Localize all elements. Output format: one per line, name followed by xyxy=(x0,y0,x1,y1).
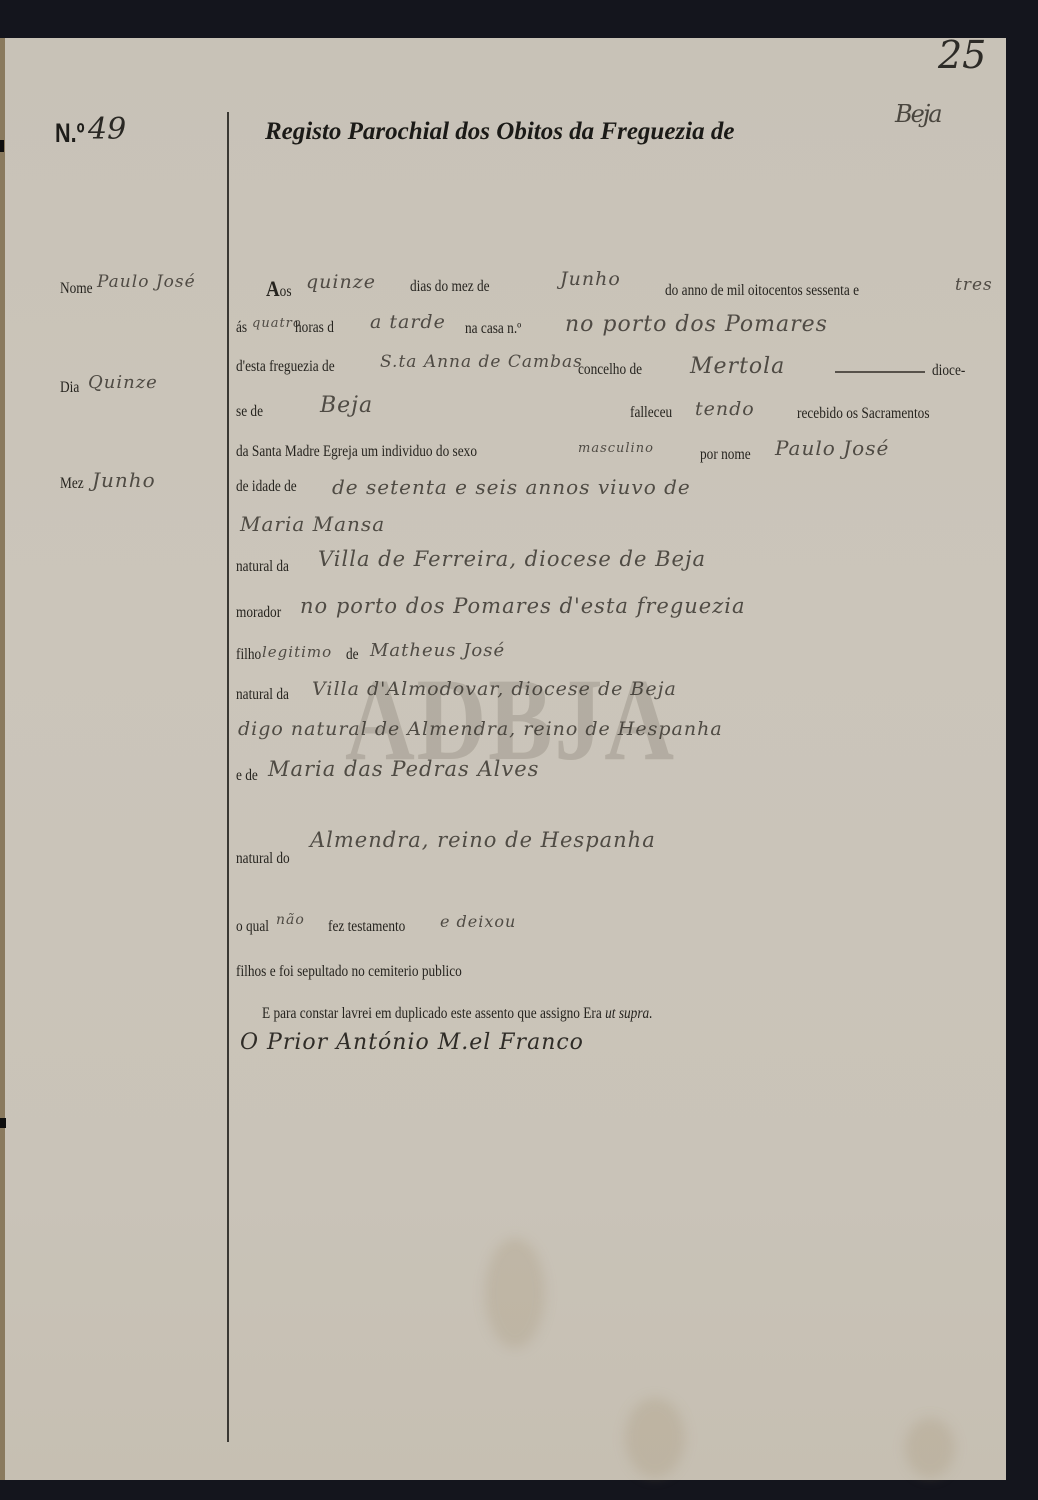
sepultado-text: filhos e foi sepultado no cemiterio publ… xyxy=(236,963,462,981)
e-de-label: e de xyxy=(236,767,258,785)
freguezia-label: d'esta freguezia de xyxy=(236,358,335,376)
parish-annotation: Beja xyxy=(895,100,941,128)
sex-value: masculino xyxy=(578,441,654,456)
natural-label: natural da xyxy=(236,686,289,704)
county-value: Mertola xyxy=(690,354,785,379)
margin-rule xyxy=(227,112,229,1442)
dioce-label: dioce- xyxy=(932,362,965,380)
se-de-label: se de xyxy=(236,403,263,421)
mez-value: Junho xyxy=(92,468,156,492)
idade-label: de idade de xyxy=(236,478,297,496)
horas-label: horas d xyxy=(295,319,334,337)
period-value: a tarde xyxy=(370,311,446,333)
closing-text: E para constar lavrei em duplicado este … xyxy=(262,1005,653,1023)
paper-stain xyxy=(625,1398,685,1478)
binding-mark xyxy=(0,140,4,152)
binding-mark xyxy=(0,1118,6,1128)
father-origin-value: Villa d'Almodovar, diocese de Beja xyxy=(312,678,677,700)
spouse-value: Maria Mansa xyxy=(240,512,385,536)
year-suffix: tres xyxy=(955,275,993,295)
record-number-label: N.º xyxy=(55,118,85,149)
legit-value: legitimo xyxy=(262,643,332,661)
testamento-label: fez testamento xyxy=(328,918,405,936)
anno-label: do anno de mil oitocentos sessenta e xyxy=(665,282,859,300)
dia-label: Dia xyxy=(60,379,79,397)
mez-label: Mez xyxy=(60,475,84,493)
mother-origin-value: Almendra, reino de Hespanha xyxy=(310,828,656,852)
origin-value: Villa de Ferreira, diocese de Beja xyxy=(318,547,706,571)
natural-label: natural do xyxy=(236,850,290,868)
falleceu-label: falleceu xyxy=(630,404,672,422)
qual-label: o qual xyxy=(236,918,269,936)
dia-value: Quinze xyxy=(88,372,158,393)
nao-value: não xyxy=(276,912,305,928)
day-value: quinze xyxy=(306,271,376,293)
por-nome-label: por nome xyxy=(700,446,751,464)
aos-label: AAosos xyxy=(266,276,292,302)
name-value: Paulo José xyxy=(775,436,889,460)
address-value: no porto dos Pomares xyxy=(565,312,828,337)
residence-value: no porto dos Pomares d'esta freguezia xyxy=(300,594,746,618)
as-label: ás xyxy=(236,319,247,337)
mother-value: Maria das Pedras Alves xyxy=(268,757,539,781)
de-label: de xyxy=(346,646,359,664)
priest-signature: O Prior António M.el Franco xyxy=(240,1030,584,1055)
sacramentos-label: recebido os Sacramentos xyxy=(797,405,930,423)
egreja-label: da Santa Madre Egreja um individuo do se… xyxy=(236,443,477,461)
paper-stain xyxy=(905,1418,955,1478)
concelho-label: concelho de xyxy=(578,361,642,379)
diocese-value: Beja xyxy=(320,393,373,418)
record-number: 49 xyxy=(88,112,126,147)
father-value: Matheus José xyxy=(370,640,505,661)
dias-label: dias do mez de xyxy=(410,278,490,296)
parish-value: S.ta Anna de Cambas xyxy=(380,352,583,372)
status-value: tendo xyxy=(695,398,755,420)
natural-label: natural da xyxy=(236,558,289,576)
correction-note: digo natural de Almendra, reino de Hespa… xyxy=(238,718,723,740)
month-value: Junho xyxy=(560,268,621,290)
age-value: de setenta e seis annos viuvo de xyxy=(332,475,691,499)
nome-label: Nome xyxy=(60,280,93,298)
casa-label: na casa n.º xyxy=(465,320,521,338)
morador-label: morador xyxy=(236,604,281,622)
page-number: 25 xyxy=(938,33,986,77)
nome-value: Paulo José xyxy=(97,272,196,292)
paper-stain xyxy=(485,1238,545,1348)
deixou-value: e deixou xyxy=(440,912,516,931)
fill-line xyxy=(835,371,925,373)
filho-label: filho xyxy=(236,646,261,664)
register-title: Registo Parochial dos Obitos da Freguezi… xyxy=(265,118,734,146)
